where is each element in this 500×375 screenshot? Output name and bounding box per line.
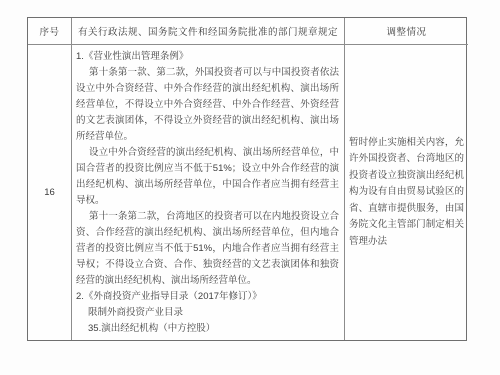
document-page: { "table": { "header": { "col_index": "序… xyxy=(0,0,500,375)
header-cell-adjustment: 调整情况 xyxy=(345,18,468,45)
header-cell-index: 序号 xyxy=(28,18,72,45)
regulation-table: 序号 有关行政法规、国务院文件和经国务院批准的部门规章规定 调整情况 16 1.… xyxy=(27,17,467,341)
regulation-paragraph: 第十条第一款、第二款，外国投资者可以与中国投资者依法设立中外合资经营、中外合作经… xyxy=(76,65,339,145)
row-regulations-cell: 1.《营业性演出管理条例》 第十条第一款、第二款，外国投资者可以与中国投资者依法… xyxy=(72,45,345,340)
header-label-index: 序号 xyxy=(39,24,59,38)
regulation-paragraph: 2.《外商投资产业指导目录（2017年修订）》 xyxy=(76,289,339,305)
regulation-paragraph: 第十一条第二款，台湾地区的投资者可以在内地投资设立合资、合作经营的演出经纪机构、… xyxy=(76,209,339,289)
regulation-paragraph: 35.演出经纪机构（中方控股） xyxy=(76,321,339,337)
regulation-paragraph: 1.《营业性演出管理条例》 xyxy=(76,49,339,65)
row-index-cell: 16 xyxy=(28,45,72,340)
header-label-regulations: 有关行政法规、国务院文件和经国务院批准的部门规章规定 xyxy=(78,24,338,38)
header-label-adjustment: 调整情况 xyxy=(386,24,426,38)
row-index-value: 16 xyxy=(44,187,55,198)
row-adjustment-cell: 暂时停止实施相关内容，允许外国投资者、台湾地区的投资者设立独资演出经纪机构为设有… xyxy=(345,45,468,340)
regulation-paragraph: 限制外商投资产业目录 xyxy=(76,305,339,321)
adjustment-text: 暂时停止实施相关内容，允许外国投资者、台湾地区的投资者设立独资演出经纪机构为设有… xyxy=(349,135,464,251)
header-cell-regulations: 有关行政法规、国务院文件和经国务院批准的部门规章规定 xyxy=(72,18,345,45)
regulation-paragraph: 设立中外合资经营的演出经纪机构、演出场所经营单位，中国合营者的投资比例应当不低于… xyxy=(76,145,339,209)
